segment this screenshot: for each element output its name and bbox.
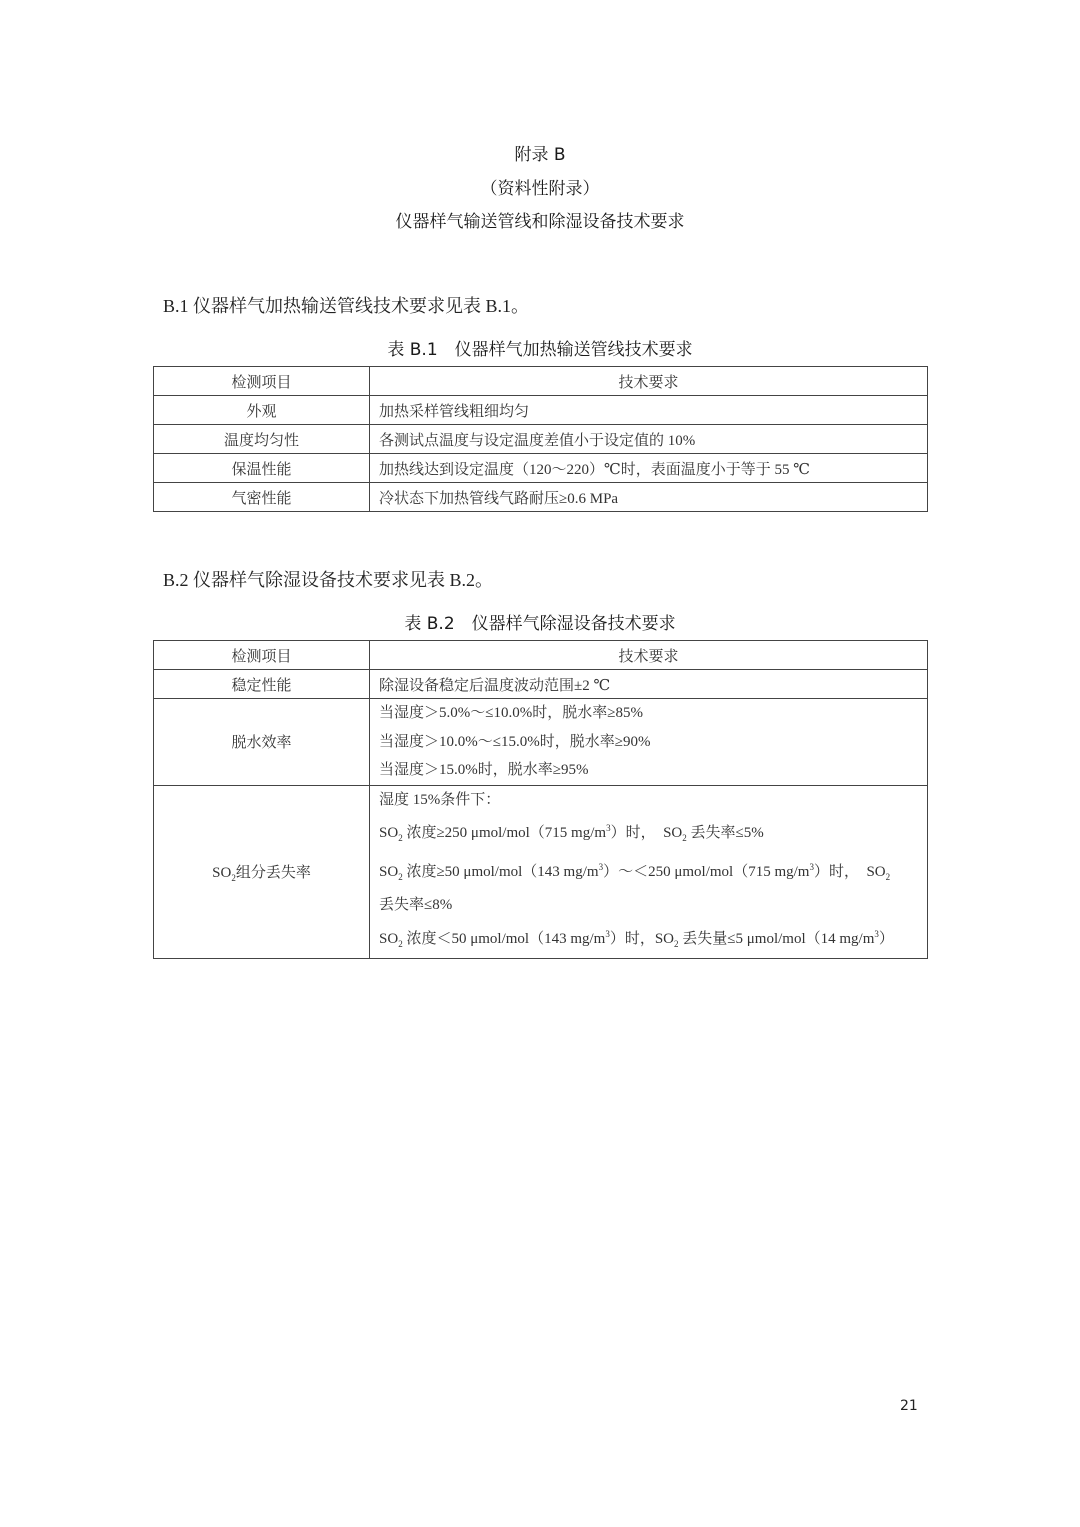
- table-row: SO2组分丢失率 湿度 15%条件下： SO2 浓度≥250 μmol/mol（…: [154, 785, 928, 959]
- requirement-line: SO2 浓度＜50 μmol/mol（143 mg/m3）时，SO2 丢失量≤5…: [379, 920, 927, 959]
- table-row: 稳定性能 除湿设备稳定后温度波动范围±2 ℃: [154, 670, 928, 699]
- table-row: 外观 加热采样管线粗细均匀: [154, 396, 928, 425]
- table-header-row: 检测项目 技术要求: [154, 641, 928, 670]
- requirement-line: 湿度 15%条件下：: [379, 786, 927, 815]
- requirement-line: SO2 浓度≥50 μmol/mol（143 mg/m3）～＜250 μmol/…: [379, 853, 927, 892]
- column-header: 检测项目: [154, 641, 370, 670]
- section-b2-text: B.2 仪器样气除湿设备技术要求见表 B.2。: [163, 566, 493, 592]
- requirement-line: 当湿度＞15.0%时，脱水率≥95%: [379, 756, 927, 785]
- item-cell: 气密性能: [154, 483, 370, 512]
- column-header: 检测项目: [154, 367, 370, 396]
- appendix-type: （资料性附录）: [0, 174, 1080, 199]
- appendix-title: 仪器样气输送管线和除湿设备技术要求: [0, 207, 1080, 232]
- table-row: 保温性能 加热线达到设定温度（120～220）℃时，表面温度小于等于 55 ℃: [154, 454, 928, 483]
- table-b2: 检测项目 技术要求 稳定性能 除湿设备稳定后温度波动范围±2 ℃ 脱水效率 当湿…: [153, 640, 928, 959]
- requirement-cell: 冷状态下加热管线气路耐压≥0.6 MPa: [370, 483, 928, 512]
- item-cell: 脱水效率: [154, 699, 370, 786]
- requirement-cell: 加热采样管线粗细均匀: [370, 396, 928, 425]
- table-row: 气密性能 冷状态下加热管线气路耐压≥0.6 MPa: [154, 483, 928, 512]
- item-cell: 保温性能: [154, 454, 370, 483]
- requirement-cell: 除湿设备稳定后温度波动范围±2 ℃: [370, 670, 928, 699]
- column-header: 技术要求: [370, 367, 928, 396]
- requirement-cell: 当湿度＞5.0%～≤10.0%时，脱水率≥85% 当湿度＞10.0%～≤15.0…: [370, 699, 928, 786]
- requirement-line: 丢失率≤8%: [379, 891, 927, 920]
- table-row: 脱水效率 当湿度＞5.0%～≤10.0%时，脱水率≥85% 当湿度＞10.0%～…: [154, 699, 928, 786]
- item-cell: 温度均匀性: [154, 425, 370, 454]
- table-b1-caption: 表 B.1 仪器样气加热输送管线技术要求: [0, 335, 1080, 360]
- item-cell: 外观: [154, 396, 370, 425]
- item-cell: 稳定性能: [154, 670, 370, 699]
- requirement-line: 当湿度＞10.0%～≤15.0%时，脱水率≥90%: [379, 728, 927, 757]
- section-b1-text: B.1 仪器样气加热输送管线技术要求见表 B.1。: [163, 292, 529, 318]
- table-row: 温度均匀性 各测试点温度与设定温度差值小于设定值的 10%: [154, 425, 928, 454]
- table-b2-caption: 表 B.2 仪器样气除湿设备技术要求: [0, 609, 1080, 634]
- appendix-label: 附录 B: [0, 140, 1080, 165]
- requirement-cell: 加热线达到设定温度（120～220）℃时，表面温度小于等于 55 ℃: [370, 454, 928, 483]
- column-header: 技术要求: [370, 641, 928, 670]
- requirement-cell: 各测试点温度与设定温度差值小于设定值的 10%: [370, 425, 928, 454]
- page-number: 21: [900, 1398, 918, 1414]
- requirement-line: SO2 浓度≥250 μmol/mol（715 mg/m3）时， SO2 丢失率…: [379, 814, 927, 853]
- requirement-cell: 湿度 15%条件下： SO2 浓度≥250 μmol/mol（715 mg/m3…: [370, 785, 928, 959]
- table-b1: 检测项目 技术要求 外观 加热采样管线粗细均匀 温度均匀性 各测试点温度与设定温…: [153, 366, 928, 512]
- table-header-row: 检测项目 技术要求: [154, 367, 928, 396]
- item-cell: SO2组分丢失率: [154, 785, 370, 959]
- requirement-line: 当湿度＞5.0%～≤10.0%时，脱水率≥85%: [379, 699, 927, 728]
